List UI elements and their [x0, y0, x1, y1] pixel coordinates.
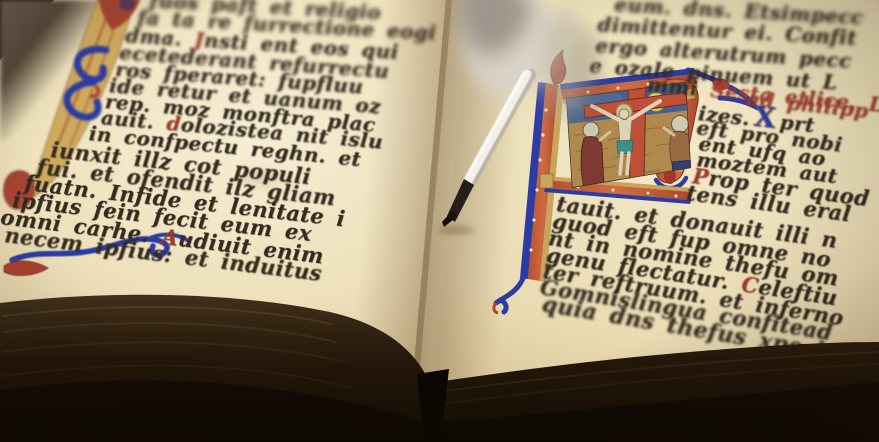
quill-pen: [370, 0, 630, 285]
manuscript-photo: fuos paft et religiofa ta re furrectione…: [0, 0, 879, 442]
quill-nib: [442, 179, 474, 227]
quill-feather: [459, 0, 604, 119]
quill-shadow: [438, 226, 474, 235]
